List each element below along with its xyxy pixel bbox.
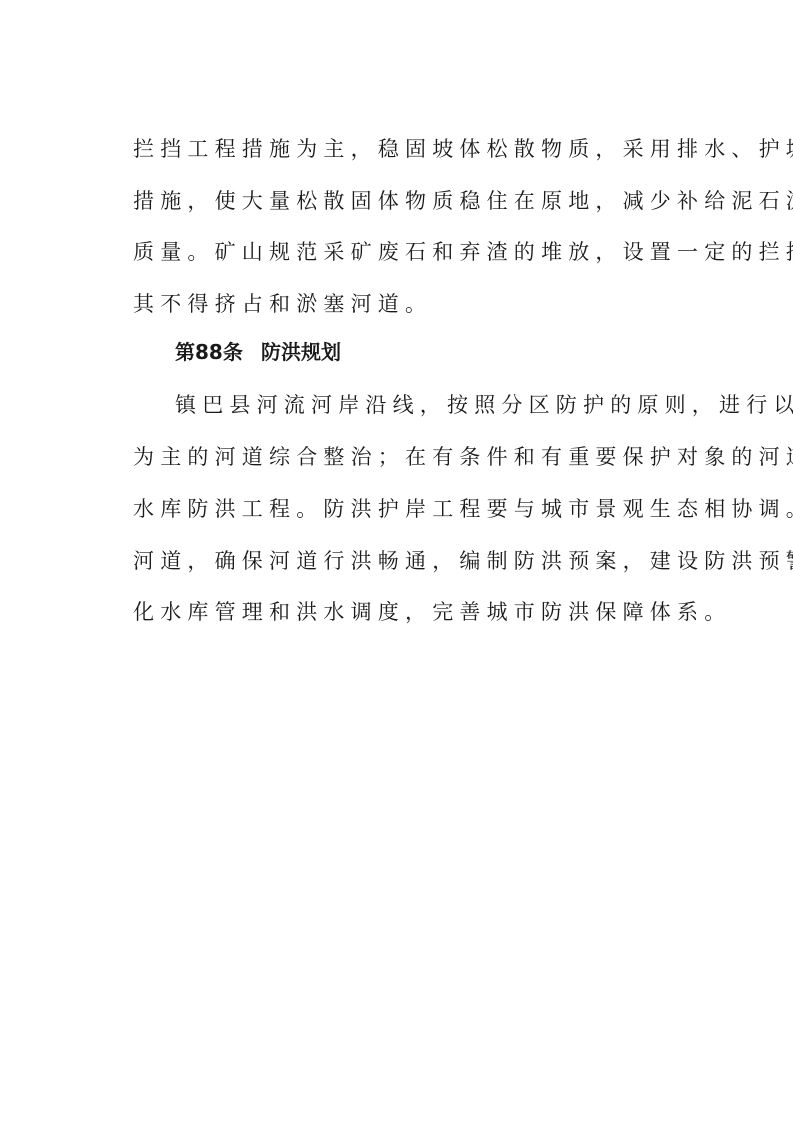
text-line: 镇巴县河流河岸沿线，按照分区防护的原则，进行以防洪护岸 — [175, 391, 699, 419]
article-heading-88: 第88条防洪规划 — [175, 338, 341, 366]
article-title: 防洪规划 — [261, 340, 341, 364]
text-line: 拦挡工程措施为主，稳固坡体松散物质，采用排水、护坡、拦挡等 — [133, 135, 699, 163]
article-number: 第88条 — [175, 338, 261, 366]
document-page: 拦挡工程措施为主，稳固坡体松散物质，采用排水、护坡、拦挡等 措施，使大量松散固体… — [0, 0, 793, 1122]
text-line: 化水库管理和洪水调度，完善城市防洪保障体系。 — [133, 598, 699, 626]
text-line: 措施，使大量松散固体物质稳住在原地，减少补给泥石流的松散物 — [133, 187, 699, 215]
text-line: 质量。矿山规范采矿废石和弃渣的堆放，设置一定的拦挡措施，使 — [133, 238, 699, 266]
text-line: 河道，确保河道行洪畅通，编制防洪预案，建设防洪预警系统；强 — [133, 547, 699, 575]
text-line: 为主的河道综合整治；在有条件和有重要保护对象的河道上修建 — [133, 443, 699, 471]
text-line: 其不得挤占和淤塞河道。 — [133, 290, 699, 318]
text-line: 水库防洪工程。防洪护岸工程要与城市景观生态相协调。依法管理 — [133, 495, 699, 523]
